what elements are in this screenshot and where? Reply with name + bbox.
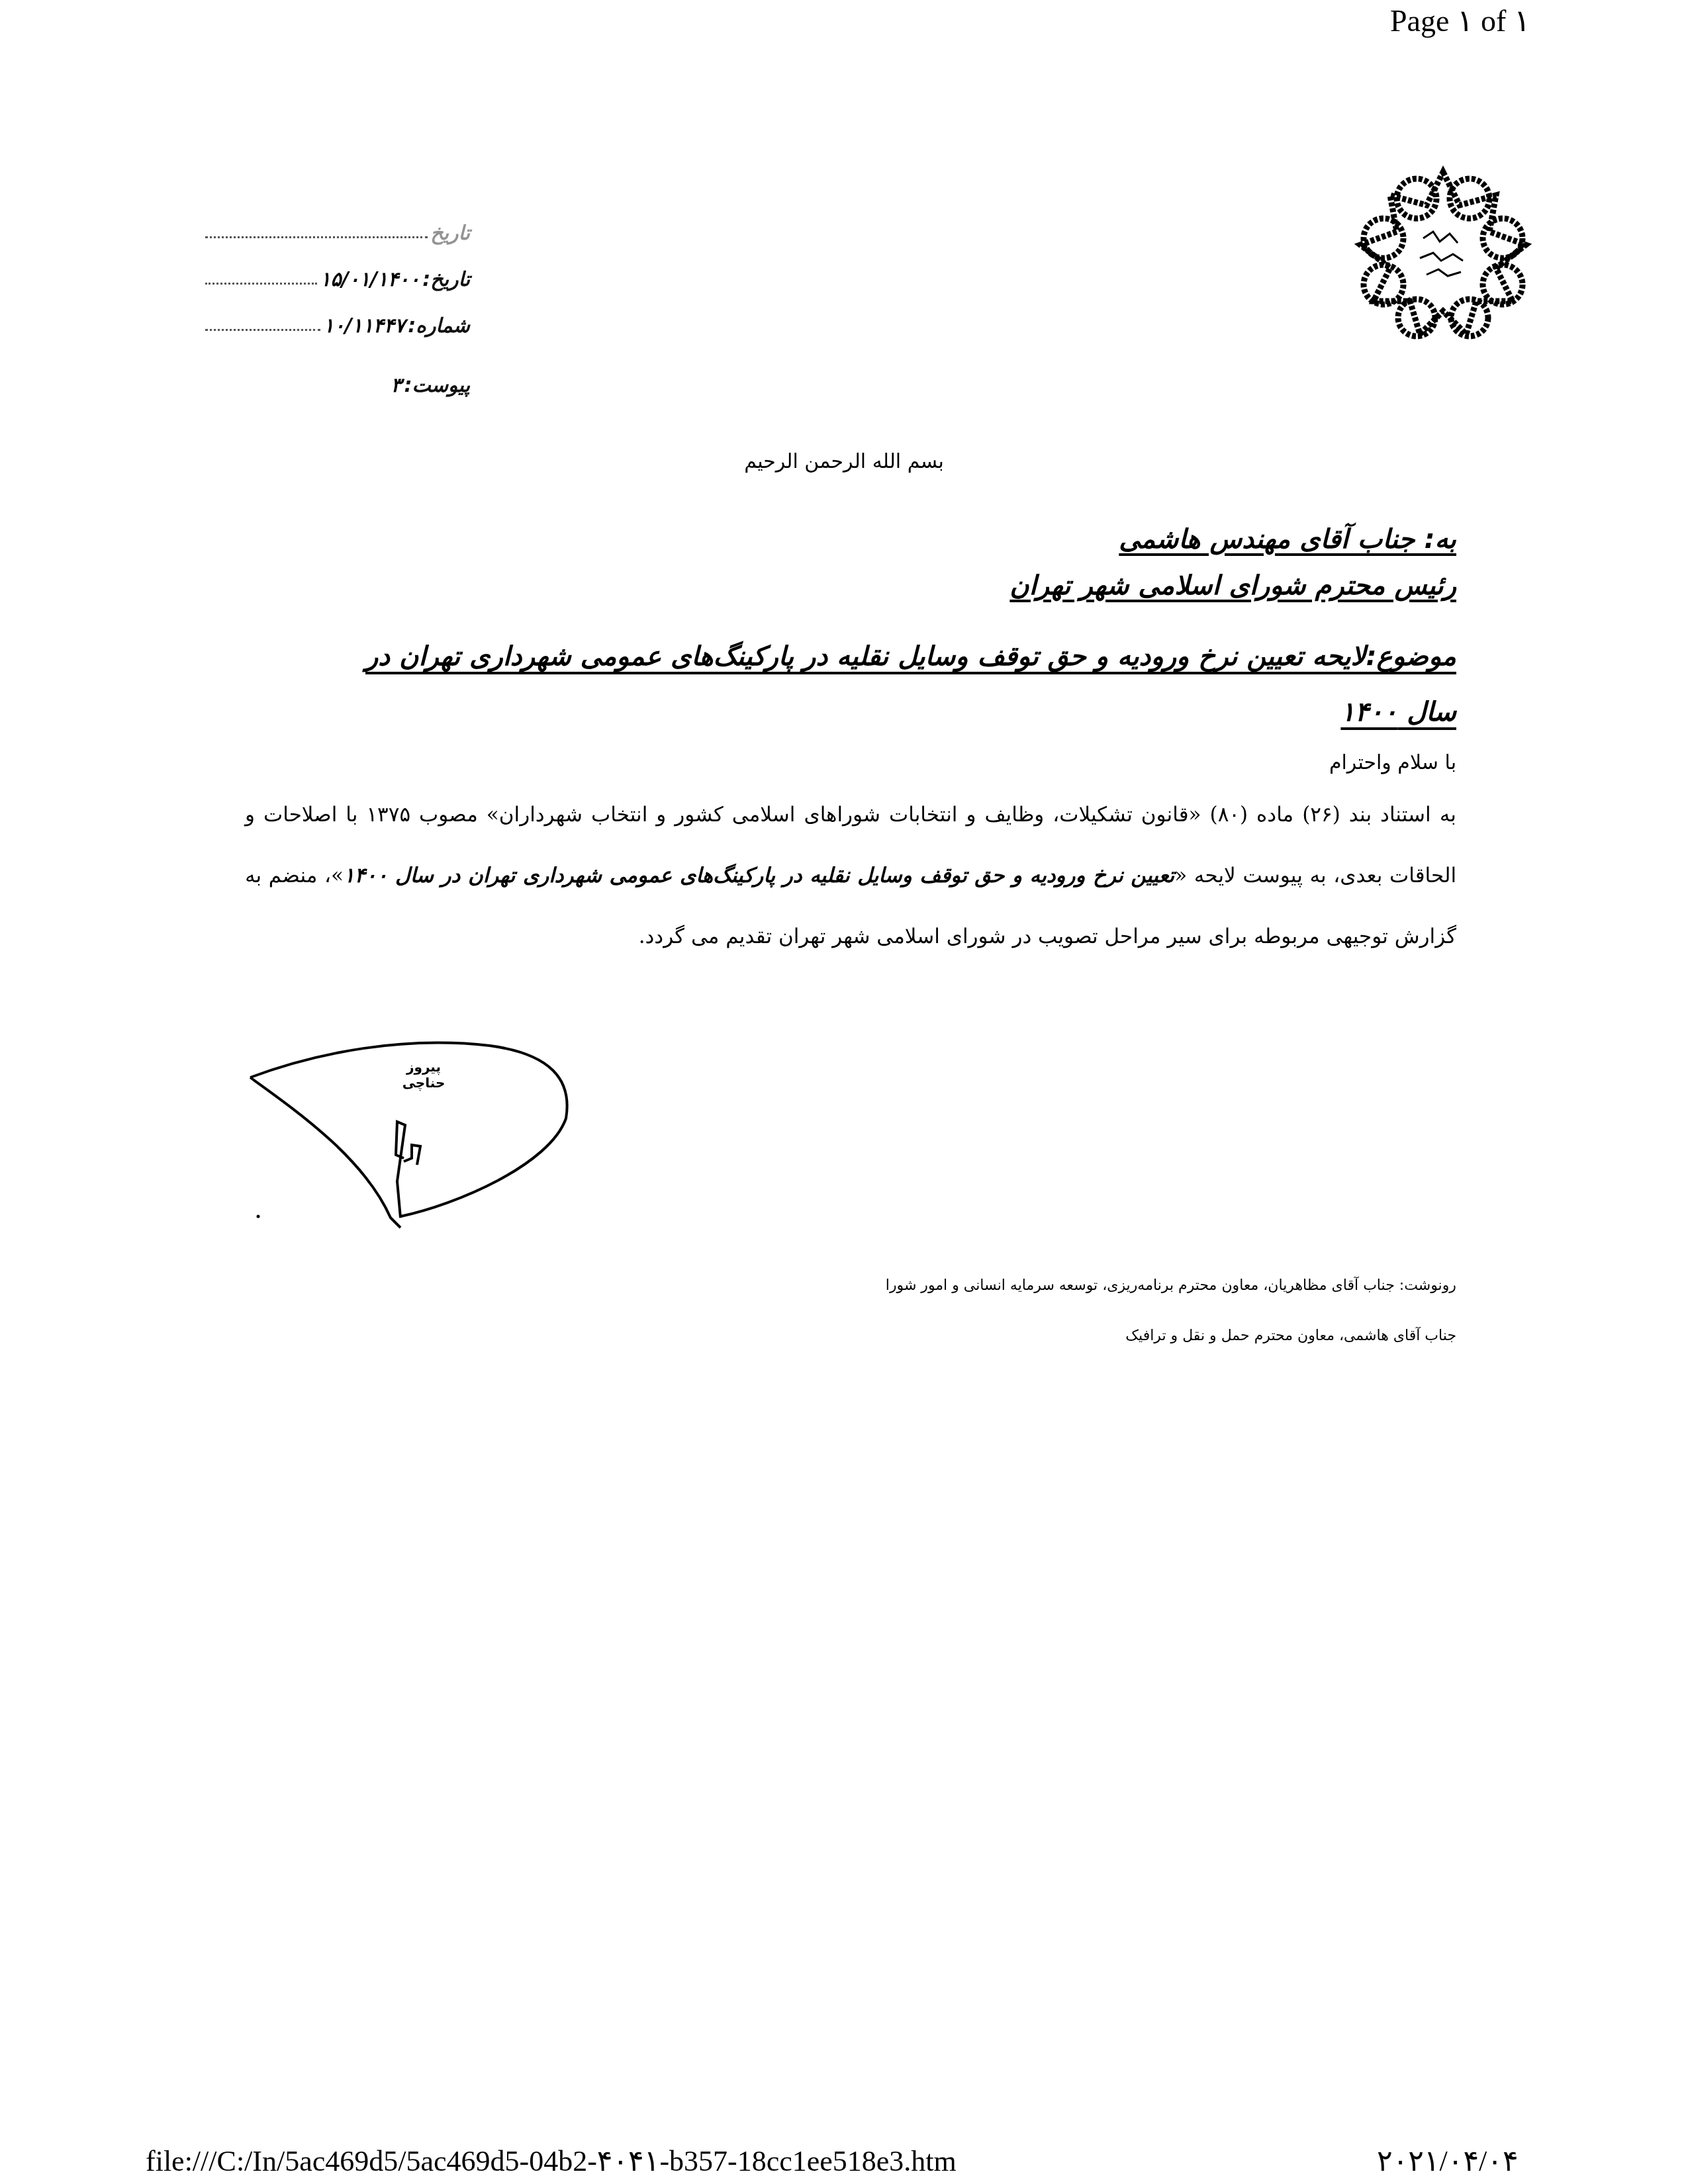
cc-line-2: جناب آقای هاشمی، معاون محترم حمل و نقل و…	[886, 1311, 1456, 1361]
page-number-header: Page ۱ of ۱	[1390, 1, 1668, 41]
number-value: ۱۰/۱۱۴۴۷	[323, 314, 405, 338]
attachment-value: ۳	[391, 374, 401, 397]
date-value: ۱۵/۰۱/۱۴۰۰	[320, 268, 420, 291]
addressee-line-1: به: جناب آقای مهندس هاشمی	[1119, 524, 1456, 555]
dotted-line	[205, 283, 317, 285]
dotted-line	[205, 236, 428, 238]
letter-body: به استناد بند (۲۶) ماده (۸۰) «قانون تشکی…	[245, 784, 1456, 967]
date-label: تاریخ:	[422, 268, 470, 291]
subject-line: موضوع:لایحه تعیین نرخ ورودیه و حق توقف و…	[351, 629, 1456, 740]
meta-row-top: تاریخ	[205, 199, 470, 245]
tehran-municipality-logo-icon	[1344, 159, 1542, 344]
attachment-label: پیوست:	[404, 374, 471, 397]
letter-metadata: تاریخ تاریخ: ۱۵/۰۱/۱۴۰۰ شماره: ۱۰/۱۱۴۴۷ …	[205, 199, 470, 397]
cc-block: رونوشت: جناب آقای مظاهریان، معاون محترم …	[886, 1261, 1456, 1361]
meta-row-number: شماره: ۱۰/۱۱۴۴۷	[205, 291, 470, 338]
footer-file-path: file:///C:/In/5ac469d5/5ac469d5-04b2-۴۰۴…	[146, 2144, 957, 2178]
footer-date: ۲۰۲۱/۰۴/۰۴	[1377, 2144, 1519, 2178]
cc-line-1: رونوشت: جناب آقای مظاهریان، معاون محترم …	[886, 1261, 1456, 1311]
meta-row-attachment: پیوست: ۳	[205, 338, 470, 397]
bismillah-heading: بسم الله الرحمن الرحیم	[0, 450, 1688, 473]
number-label: شماره:	[408, 314, 470, 338]
dotted-line	[205, 329, 320, 331]
body-bold-title: تعیین نرخ ورودیه و حق توقف وسایل نقلیه د…	[344, 864, 1174, 887]
addressee-line-2: رئیس محترم شورای اسلامی شهر تهران	[1009, 570, 1456, 601]
addressee-block: به: جناب آقای مهندس هاشمی رئیس محترم شور…	[1009, 516, 1456, 609]
meta-top-label: تاریخ	[430, 222, 470, 245]
signer-name: پیروز حناچی	[391, 1059, 457, 1091]
meta-row-date: تاریخ: ۱۵/۰۱/۱۴۰۰	[205, 245, 470, 291]
greeting: با سلام واحترام	[1329, 751, 1456, 774]
